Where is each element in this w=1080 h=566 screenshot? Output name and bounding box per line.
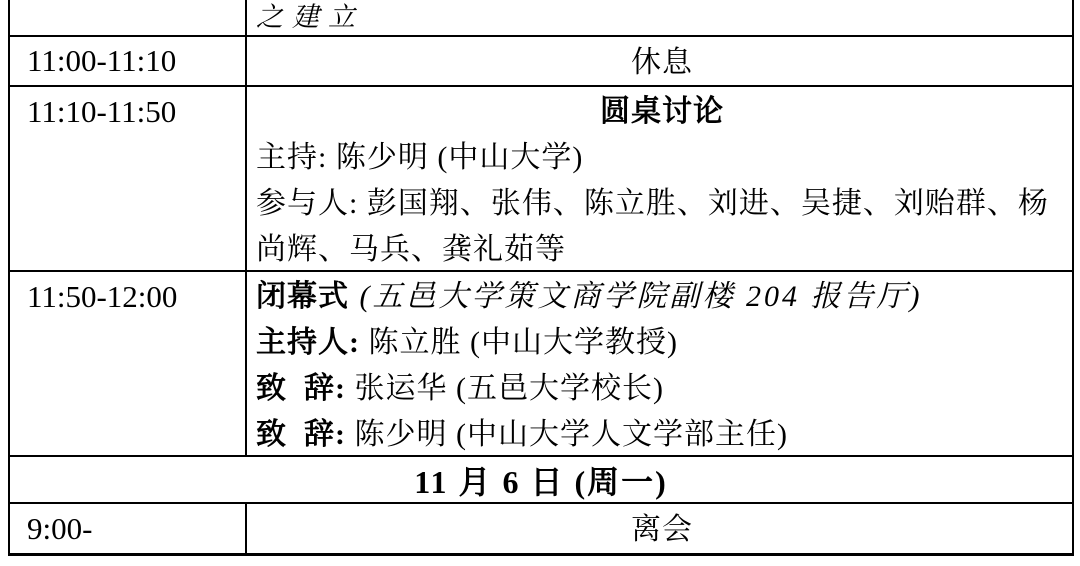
time-label: 11:00-11:10 <box>27 43 176 79</box>
break-label: 休息 <box>256 39 1068 87</box>
table-row-date-header: 11 月 6 日 (周一) <box>10 457 1072 504</box>
table-row-break: 11:00-11:10 休息 <box>10 37 1072 87</box>
closing-title-label: 闭幕式 <box>256 280 349 313</box>
table-row-continuation: 之建立 <box>10 0 1072 37</box>
time-label: 11:10-11:50 <box>27 94 176 130</box>
session-title: 圆桌讨论 <box>256 89 1068 135</box>
session-host-line: 主持: 陈少明 (中山大学) <box>256 135 1068 181</box>
departure-label: 离会 <box>256 506 1068 553</box>
content-cell: 离会 <box>247 504 1072 553</box>
speech-text-2: 陈少明 (中山大学人文学部主任) <box>355 418 788 451</box>
closing-host-line: 主持人: 陈立胜 (中山大学教授) <box>256 320 1068 366</box>
table-row-closing: 11:50-12:00 闭幕式 (五邑大学策文商学院副楼 204 报告厅) 主持… <box>10 272 1072 457</box>
date-header: 11 月 6 日 (周一) <box>414 457 668 503</box>
time-label: 9:00- <box>27 511 92 547</box>
time-cell: 11:00-11:10 <box>10 37 247 85</box>
closing-host-label: 主持人: <box>256 326 369 359</box>
participants-line-2: 尚辉、马兵、龚礼茹等 <box>256 227 1068 273</box>
time-cell: 11:50-12:00 <box>10 272 247 455</box>
content-cell: 闭幕式 (五邑大学策文商学院副楼 204 报告厅) 主持人: 陈立胜 (中山大学… <box>247 272 1072 455</box>
speech-line-2: 致 辞: 陈少明 (中山大学人文学部主任) <box>256 412 1068 458</box>
closing-host-text: 陈立胜 (中山大学教授) <box>369 326 678 359</box>
closing-venue-text: (五邑大学策文商学院副楼 204 报告厅) <box>349 280 922 313</box>
schedule-table: 之建立 11:00-11:10 休息 11:10-11:50 圆桌讨论 主持: … <box>8 0 1074 556</box>
speech-line-1: 致 辞: 张运华 (五邑大学校长) <box>256 366 1068 412</box>
time-label: 11:50-12:00 <box>27 279 177 315</box>
content-cell: 之建立 <box>247 0 1072 35</box>
page: { "page": { "background_color": "#ffffff… <box>0 0 1080 566</box>
speech-text-1: 张运华 (五邑大学校长) <box>355 372 664 405</box>
time-cell: 9:00- <box>10 504 247 553</box>
speech-label-1: 致 辞: <box>256 372 355 405</box>
time-cell <box>10 0 247 35</box>
content-cell: 休息 <box>247 37 1072 85</box>
time-cell: 11:10-11:50 <box>10 87 247 270</box>
speech-label-2: 致 辞: <box>256 418 355 451</box>
table-row-departure: 9:00- 离会 <box>10 504 1072 553</box>
closing-title-line: 闭幕式 (五邑大学策文商学院副楼 204 报告厅) <box>256 274 1068 320</box>
table-row-roundtable: 11:10-11:50 圆桌讨论 主持: 陈少明 (中山大学) 参与人: 彭国翔… <box>10 87 1072 272</box>
content-cell: 圆桌讨论 主持: 陈少明 (中山大学) 参与人: 彭国翔、张伟、陈立胜、刘进、吴… <box>247 87 1072 270</box>
continuation-text: 之建立 <box>256 0 1068 35</box>
participants-line: 参与人: 彭国翔、张伟、陈立胜、刘进、吴捷、刘贻群、杨 <box>256 181 1068 227</box>
